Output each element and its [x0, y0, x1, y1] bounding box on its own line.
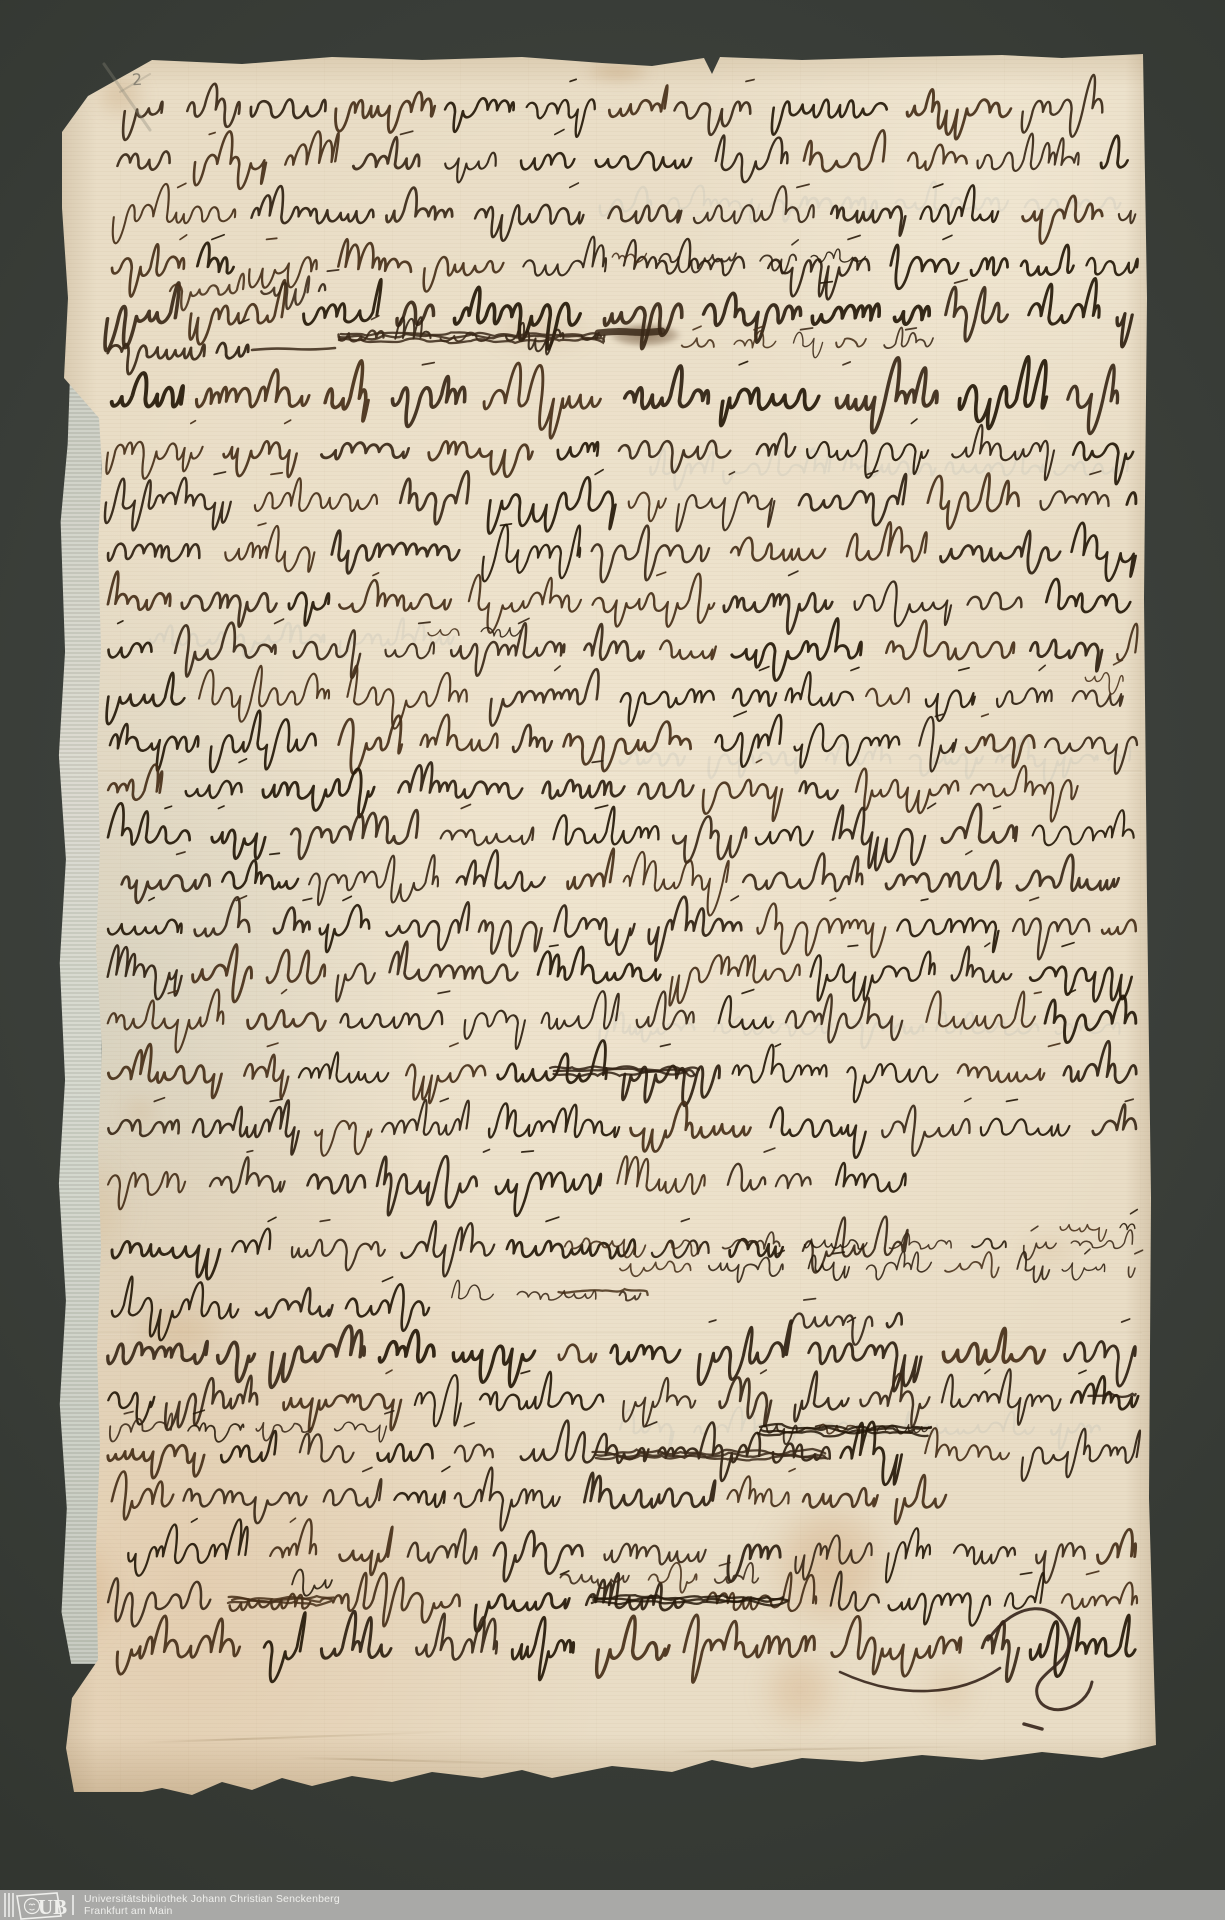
manuscript-page	[52, 48, 1160, 1804]
paper-stain	[120, 1295, 240, 1365]
fold-crease	[62, 770, 1142, 773]
paper-stain	[115, 1090, 165, 1134]
pencil-page-number: 2	[131, 70, 142, 90]
watermark-library-name: Universitätsbibliothek Johann Christian …	[84, 1893, 340, 1905]
logo-portrait-face	[29, 1904, 35, 1910]
paper-stain	[573, 58, 663, 86]
fold-crease	[62, 1332, 1142, 1335]
paper-stain	[85, 65, 155, 125]
digitized-manuscript-scan: 2 UB Universitätsbibliothek Johann Chris…	[0, 0, 1225, 1920]
paper-stain	[595, 319, 695, 351]
paper-stain	[1008, 1228, 1088, 1272]
crumple-mark	[142, 1730, 462, 1743]
paper-stain	[750, 1480, 910, 1650]
underlying-sheet-edge	[58, 366, 102, 1664]
paper-stain	[750, 1635, 850, 1745]
library-watermark-bar: UB Universitätsbibliothek Johann Christi…	[0, 1890, 1225, 1920]
crumple-mark	[672, 1745, 972, 1752]
crumple-mark	[292, 1757, 552, 1766]
paper-stain	[470, 305, 610, 355]
logo-ub-text: UB	[38, 1895, 67, 1919]
paper-stain	[915, 1650, 985, 1730]
watermark-text-block: Universitätsbibliothek Johann Christian …	[84, 1893, 340, 1917]
ub-logo: UB	[2, 1890, 76, 1920]
watermark-city: Frankfurt am Main	[84, 1905, 340, 1917]
